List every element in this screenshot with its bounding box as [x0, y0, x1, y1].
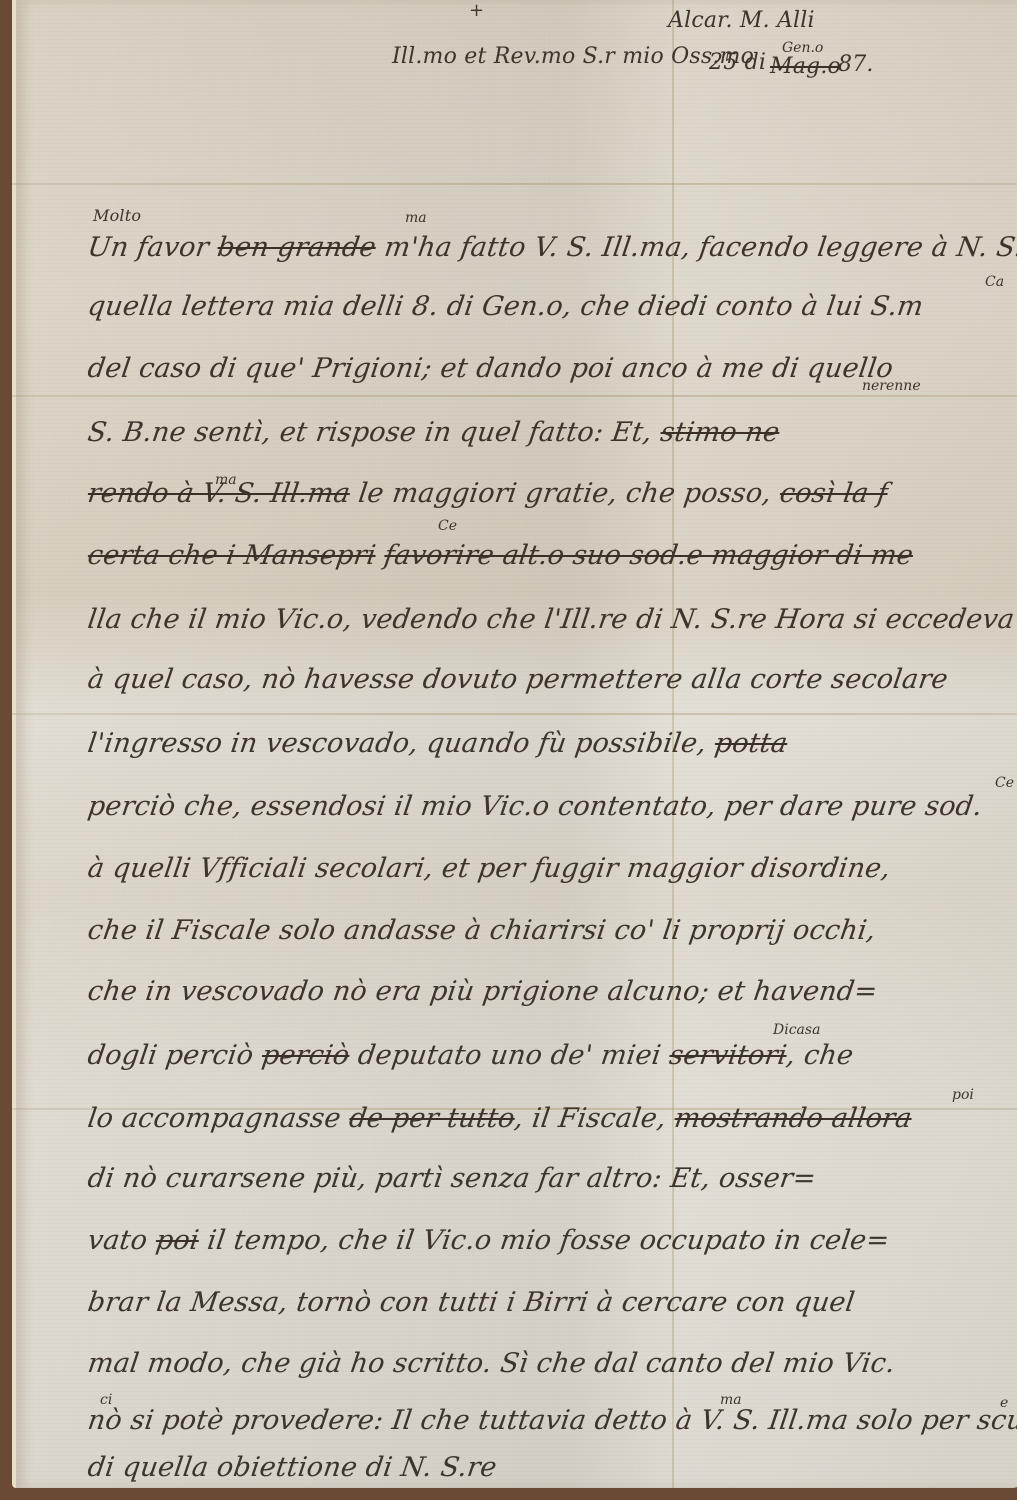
fold-crease — [12, 713, 1017, 715]
text-segment: le maggiori gratie, che posso, — [348, 478, 782, 509]
text-segment: di nò curarsene più, partì senza far alt… — [86, 1163, 818, 1194]
struck-text: mostrando allora — [673, 1103, 914, 1134]
text-segment: deputato uno de' miei — [347, 1040, 671, 1071]
text-line-6: certa che i Mansepri favorire alt.o suo … — [86, 540, 915, 571]
text-segment: à quel caso, nò havesse dovuto permetter… — [86, 664, 950, 695]
text-line-7: lla che il mio Vic.o, vedendo che l'Ill.… — [86, 604, 1017, 635]
text-segment: mal modo, che già ho scritto. Sì che dal… — [86, 1348, 897, 1379]
struck-text: servitori — [667, 1040, 788, 1071]
struck-text: de per tutto — [347, 1103, 517, 1134]
cross-mark: + — [469, 0, 484, 21]
struck-text: poi — [154, 1225, 201, 1256]
text-segment: il tempo, che il Vic.o mio fosse occupat… — [197, 1225, 892, 1256]
text-segment: brar la Messa, tornò con tutti i Birri à… — [86, 1287, 857, 1318]
dateline-month-struck: Mag.o — [770, 54, 841, 79]
struck-text: stimo ne — [658, 417, 781, 448]
text-line-10: perciò che, essendosi il mio Vic.o conte… — [86, 791, 984, 822]
text-segment: lla che il mio Vic.o, vedendo che l'Ill.… — [86, 604, 1017, 635]
text-segment: à quelli Vfficiali secolari, et per fugg… — [86, 853, 893, 884]
dateline-year: 87. — [838, 52, 874, 77]
text-line-1: Un favor ben grande m'ha fatto V. S. Ill… — [86, 232, 1017, 263]
salutation: Ill.mo et Rev.mo S.r mio Oss.mo — [392, 44, 754, 69]
superscript-insertion: ma — [720, 1392, 742, 1408]
superscript-insertion: ci — [100, 1392, 112, 1408]
text-segment: l'ingresso in vescovado, quando fù possi… — [86, 728, 717, 759]
text-segment: dogli perciò — [86, 1040, 264, 1071]
text-line-9: l'ingresso in vescovado, quando fù possi… — [86, 728, 790, 759]
text-segment: Un favor — [86, 232, 220, 263]
struck-text: favorire alt.o suo sod.e maggior di me — [382, 540, 915, 571]
superscript-insertion: nerenne — [862, 378, 921, 394]
text-segment: lo accompagnasse — [86, 1103, 352, 1134]
text-segment: che in vescovado nò era più prigione alc… — [86, 976, 880, 1007]
text-segment: m'ha fatto V. S. Ill.ma, facendo leggere… — [374, 232, 1017, 263]
text-segment: nò si potè provedere: Il che tuttavia de… — [86, 1405, 1017, 1436]
dateline-place: Alcar. M. Alli — [668, 8, 815, 33]
superscript-insertion: Dicasa — [773, 1022, 820, 1038]
struck-text: così la f — [778, 478, 890, 509]
superscript-insertion: poi — [952, 1087, 974, 1103]
fold-crease — [12, 395, 1017, 397]
text-line-3: del caso di que' Prigioni; et dando poi … — [86, 353, 895, 384]
text-line-5: rendo à V. S. Ill.ma le maggiori gratie,… — [86, 478, 890, 509]
text-line-11: à quelli Vfficiali secolari, et per fugg… — [86, 853, 893, 884]
dateline-day: 25 di — [709, 50, 766, 75]
text-segment: che il Fiscale solo andasse à chiarirsi … — [86, 915, 878, 946]
text-line-2: quella lettera mia delli 8. di Gen.o, ch… — [86, 291, 925, 322]
superscript-insertion: ma — [405, 210, 427, 226]
text-segment: S. B.ne sentì, et rispose in quel fatto:… — [86, 417, 663, 448]
manuscript-photo: + Ill.mo et Rev.mo S.r mio Oss.mo Alcar.… — [0, 0, 1017, 1500]
text-line-18: brar la Messa, tornò con tutti i Birri à… — [86, 1287, 857, 1318]
text-segment: , il Fiscale, — [513, 1103, 677, 1134]
text-segment: , che — [784, 1040, 855, 1071]
struck-text: perciò — [260, 1040, 352, 1071]
text-segment: perciò che, essendosi il mio Vic.o conte… — [86, 791, 984, 822]
margin-note: Molto — [93, 206, 141, 225]
struck-text: certa che i Mansepri — [86, 540, 378, 571]
text-line-8: à quel caso, nò havesse dovuto permetter… — [86, 664, 950, 695]
text-segment: quella lettera mia delli 8. di Gen.o, ch… — [86, 291, 925, 322]
text-line-12: che il Fiscale solo andasse à chiarirsi … — [86, 915, 878, 946]
text-line-13: che in vescovado nò era più prigione alc… — [86, 976, 880, 1007]
struck-text: potta — [713, 728, 790, 759]
struck-text: ben grande — [215, 232, 378, 263]
superscript-insertion: ma — [215, 472, 237, 488]
text-line-21: di quella obiettione di N. S.re — [86, 1452, 499, 1483]
text-line-20: nò si potè provedere: Il che tuttavia de… — [86, 1405, 1017, 1436]
text-segment: vato — [86, 1225, 158, 1256]
superscript-insertion: e — [1000, 1395, 1008, 1411]
text-segment: del caso di que' Prigioni; et dando poi … — [86, 353, 895, 384]
superscript-insertion: Ca — [985, 274, 1004, 290]
fold-crease — [12, 183, 1017, 185]
superscript-insertion: Ce — [438, 518, 457, 534]
text-line-4: S. B.ne sentì, et rispose in quel fatto:… — [86, 417, 782, 448]
text-line-19: mal modo, che già ho scritto. Sì che dal… — [86, 1348, 897, 1379]
text-line-16: di nò curarsene più, partì senza far alt… — [86, 1163, 818, 1194]
text-line-17: vato poi il tempo, che il Vic.o mio foss… — [86, 1225, 892, 1256]
superscript-insertion: Ce — [995, 775, 1014, 791]
text-line-15: lo accompagnasse de per tutto, il Fiscal… — [86, 1103, 914, 1134]
text-segment: di quella obiettione di N. S.re — [86, 1452, 499, 1483]
text-line-14: dogli perciò perciò deputato uno de' mie… — [86, 1040, 856, 1071]
